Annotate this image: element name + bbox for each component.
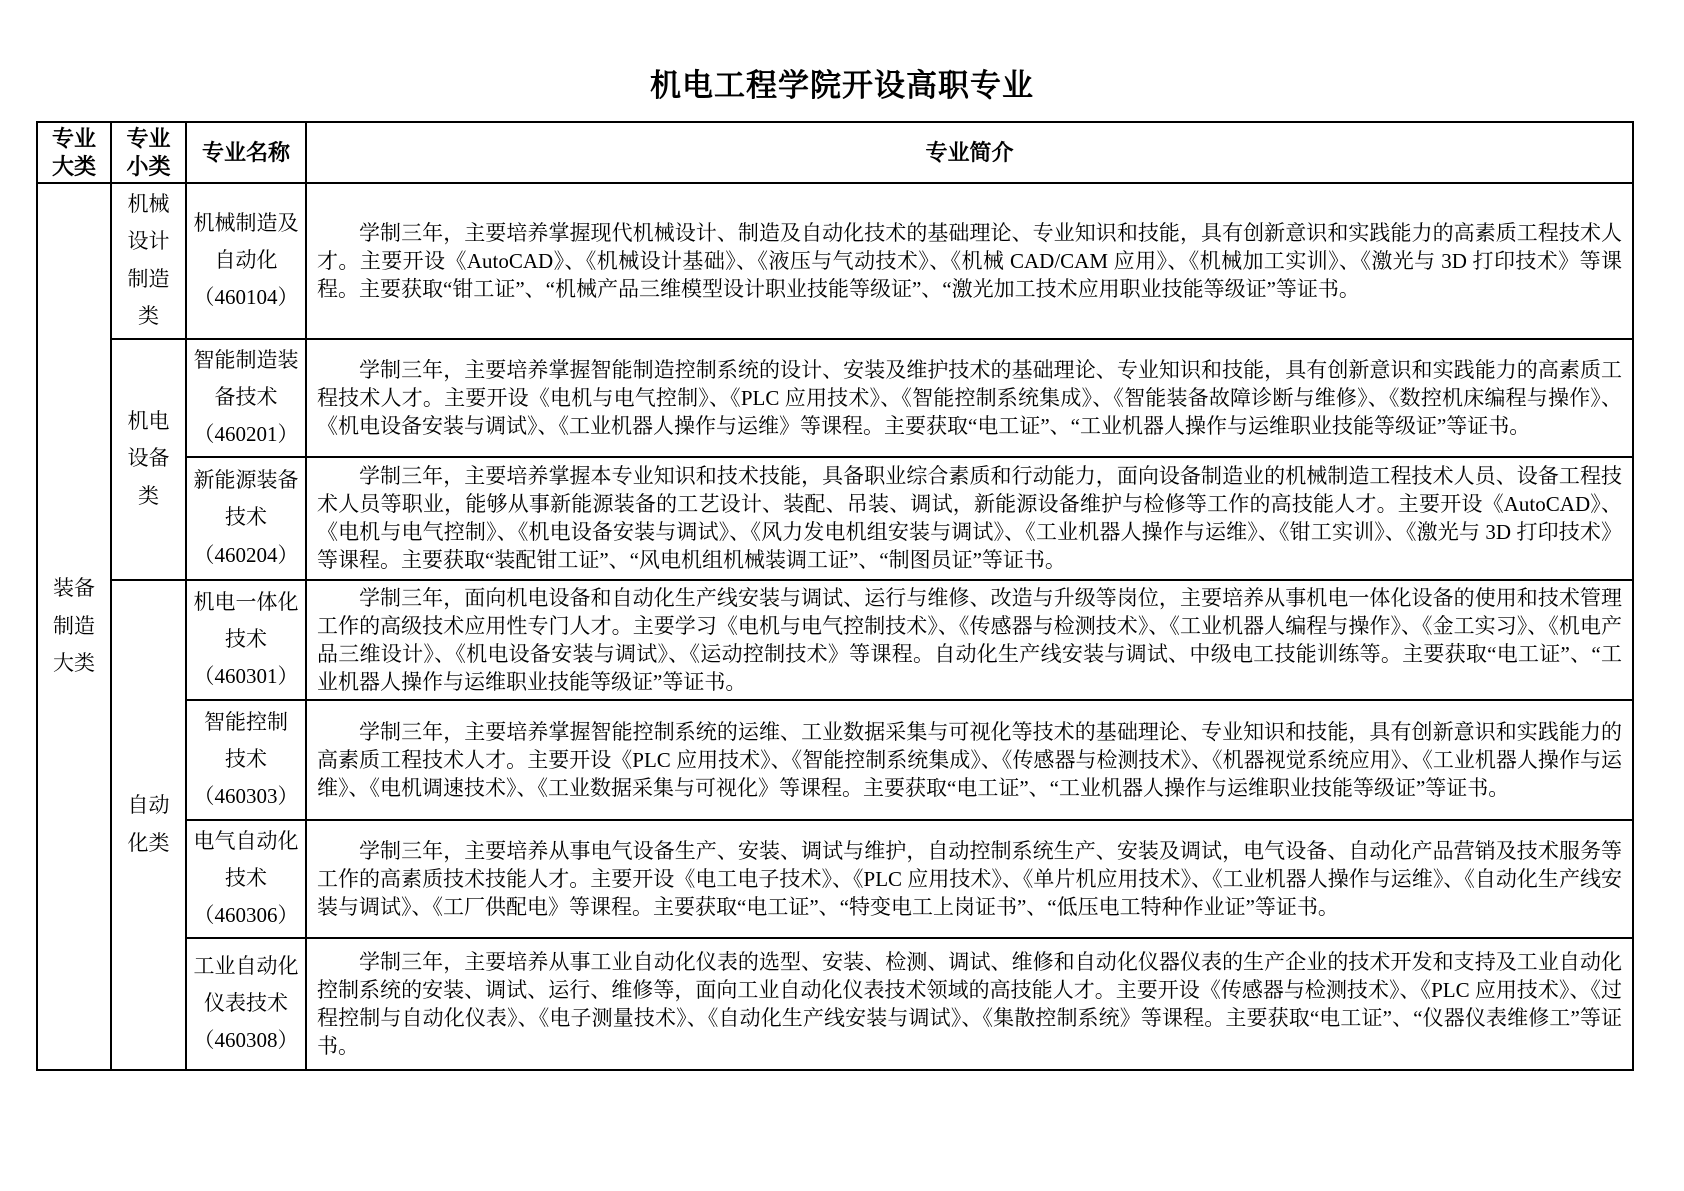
subcategory-label: 机械 设计 制造 类 — [128, 192, 170, 328]
subcategory-cell-machine-design: 机械 设计 制造 类 — [111, 183, 186, 339]
major-intro-cell: 学制三年，主要培养掌握现代机械设计、制造及自动化技术的基础理论、专业知识和技能，… — [306, 183, 1633, 339]
header-cell-category: 专业 大类 — [37, 122, 111, 183]
page-title: 机电工程学院开设高职专业 — [0, 0, 1684, 121]
major-intro-text: 学制三年，主要培养掌握本专业知识和技术技能，具备职业综合素质和行动能力，面向设备… — [317, 462, 1622, 574]
major-code: （460104） — [189, 279, 303, 316]
major-intro-text: 学制三年，主要培养掌握智能控制系统的运维、工业数据采集与可视化等技术的基础理论、… — [317, 718, 1622, 802]
header-cell-subcategory: 专业 小类 — [111, 122, 186, 183]
header-cell-major-name: 专业名称 — [186, 122, 306, 183]
subcategory-label: 自动 化类 — [128, 793, 170, 854]
major-intro-text: 学制三年，主要培养从事电气设备生产、安装、调试与维护，自动控制系统生产、安装及调… — [317, 837, 1622, 921]
subcategory-cell-automation: 自动 化类 — [111, 580, 186, 1070]
major-name-cell: 智能控制 技术 （460303） — [186, 700, 306, 820]
major-name: 电气自动化 技术 — [189, 823, 303, 898]
document-page: 机电工程学院开设高职专业 专业 大类 专业 小类 专业名称 专业简介 装备 制造… — [0, 0, 1684, 1191]
table-row: 工业自动化 仪表技术 （460308） 学制三年，主要培养从事工业自动化仪表的选… — [37, 938, 1633, 1070]
major-code: （460201） — [189, 416, 303, 453]
category-label: 装备 制造 大类 — [53, 576, 95, 675]
header-row: 专业 大类 专业 小类 专业名称 专业简介 — [37, 122, 1633, 183]
major-intro-cell: 学制三年，主要培养从事工业自动化仪表的选型、安装、检测、调试、维修和自动化仪器仪… — [306, 938, 1633, 1070]
major-intro-text: 学制三年，主要培养掌握智能制造控制系统的设计、安装及维护技术的基础理论、专业知识… — [317, 356, 1622, 440]
major-intro-text: 学制三年，主要培养从事工业自动化仪表的选型、安装、检测、调试、维修和自动化仪器仪… — [317, 948, 1622, 1060]
table-row: 装备 制造 大类 机械 设计 制造 类 机械制造及 自动化 （460104） 学… — [37, 183, 1633, 339]
major-name: 机械制造及 自动化 — [189, 205, 303, 280]
major-code: （460306） — [189, 897, 303, 934]
major-name-cell: 新能源装备 技术 （460204） — [186, 457, 306, 580]
major-name: 机电一体化 技术 — [189, 584, 303, 659]
header-cell-major-intro: 专业简介 — [306, 122, 1633, 183]
table-row: 机电 设备 类 智能制造装 备技术 （460201） 学制三年，主要培养掌握智能… — [37, 339, 1633, 457]
table-row: 新能源装备 技术 （460204） 学制三年，主要培养掌握本专业知识和技术技能，… — [37, 457, 1633, 580]
table-row: 智能控制 技术 （460303） 学制三年，主要培养掌握智能控制系统的运维、工业… — [37, 700, 1633, 820]
major-intro-cell: 学制三年，主要培养从事电气设备生产、安装、调试与维护，自动控制系统生产、安装及调… — [306, 820, 1633, 938]
major-name-cell: 机械制造及 自动化 （460104） — [186, 183, 306, 339]
major-code: （460308） — [189, 1022, 303, 1059]
subcategory-cell-electromechanical-equipment: 机电 设备 类 — [111, 339, 186, 580]
major-name: 智能控制 技术 — [189, 704, 303, 779]
table-row: 自动 化类 机电一体化 技术 （460301） 学制三年，面向机电设备和自动化生… — [37, 580, 1633, 700]
major-name-cell: 电气自动化 技术 （460306） — [186, 820, 306, 938]
majors-table: 专业 大类 专业 小类 专业名称 专业简介 装备 制造 大类 机械 设计 制造 … — [36, 121, 1634, 1071]
major-name: 工业自动化 仪表技术 — [189, 948, 303, 1023]
major-name-cell: 机电一体化 技术 （460301） — [186, 580, 306, 700]
major-code: （460303） — [189, 778, 303, 815]
major-intro-cell: 学制三年，面向机电设备和自动化生产线安装与调试、运行与维修、改造与升级等岗位，主… — [306, 580, 1633, 700]
major-intro-cell: 学制三年，主要培养掌握智能制造控制系统的设计、安装及维护技术的基础理论、专业知识… — [306, 339, 1633, 457]
major-intro-cell: 学制三年，主要培养掌握本专业知识和技术技能，具备职业综合素质和行动能力，面向设备… — [306, 457, 1633, 580]
major-name-cell: 智能制造装 备技术 （460201） — [186, 339, 306, 457]
category-cell: 装备 制造 大类 — [37, 183, 111, 1070]
subcategory-label: 机电 设备 类 — [128, 409, 170, 508]
table-row: 电气自动化 技术 （460306） 学制三年，主要培养从事电气设备生产、安装、调… — [37, 820, 1633, 938]
major-intro-text: 学制三年，主要培养掌握现代机械设计、制造及自动化技术的基础理论、专业知识和技能，… — [317, 219, 1622, 303]
major-intro-text: 学制三年，面向机电设备和自动化生产线安装与调试、运行与维修、改造与升级等岗位，主… — [317, 584, 1622, 696]
major-code: （460301） — [189, 658, 303, 695]
major-code: （460204） — [189, 537, 303, 574]
major-name: 新能源装备 技术 — [189, 462, 303, 537]
major-name-cell: 工业自动化 仪表技术 （460308） — [186, 938, 306, 1070]
major-intro-cell: 学制三年，主要培养掌握智能控制系统的运维、工业数据采集与可视化等技术的基础理论、… — [306, 700, 1633, 820]
major-name: 智能制造装 备技术 — [189, 342, 303, 417]
